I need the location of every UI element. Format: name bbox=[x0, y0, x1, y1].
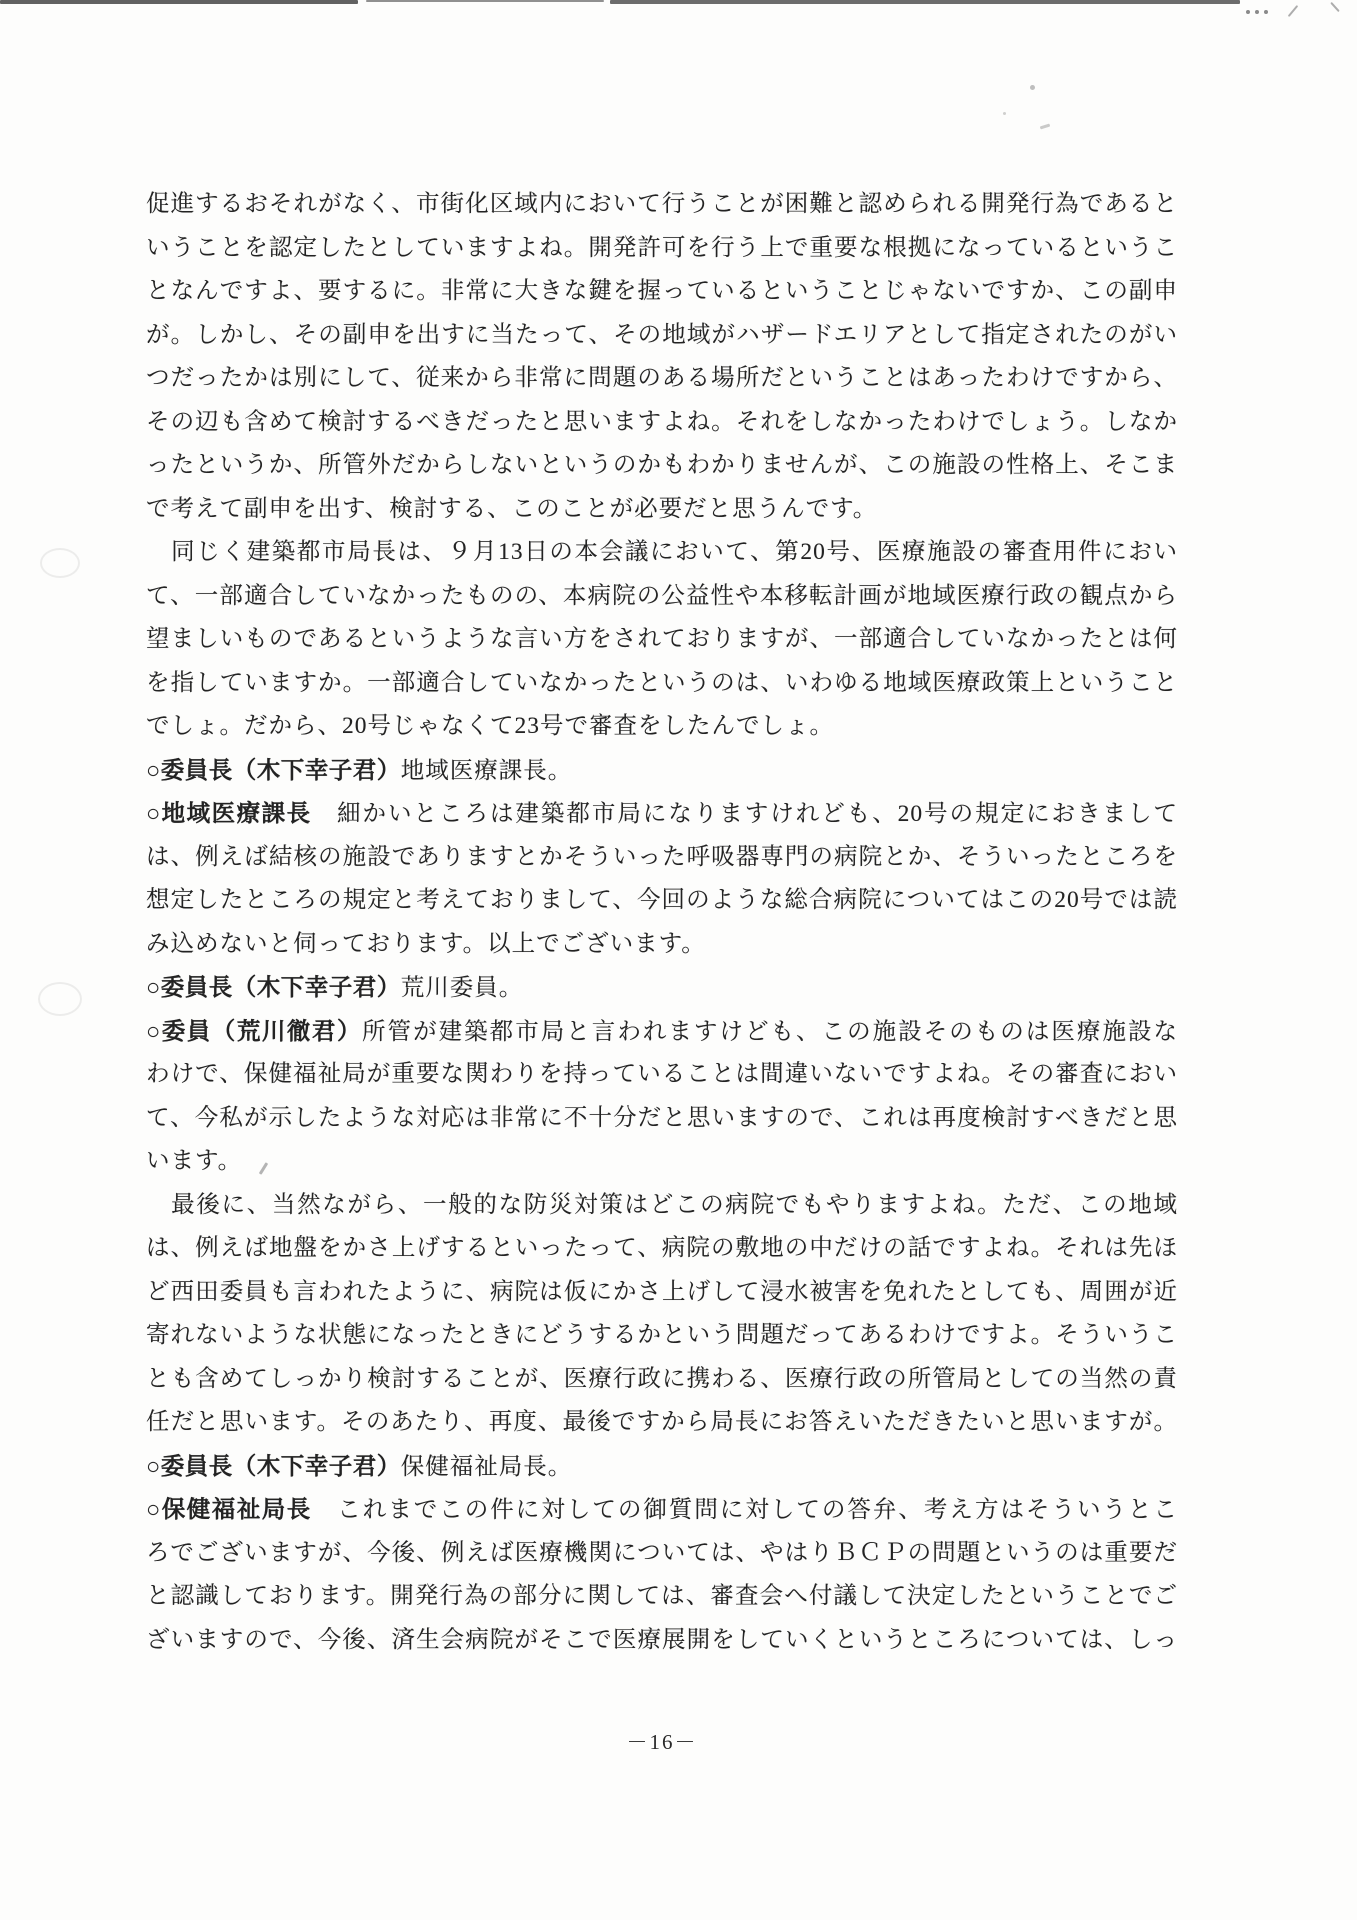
text-line-10: て、一部適合していなかったものの、本病院の公益性や本移転計画が地域医療行政の観点… bbox=[146, 575, 1178, 619]
text-line-31: ○保健福祉局長 これまでこの件に対しての御質問に対しての答弁、考え方はそういうと… bbox=[146, 1488, 1178, 1532]
speech-text: 所管が建築都市局と言われますけども、この施設そのものは医療施設な bbox=[362, 1019, 1178, 1045]
scan-artifact-topline bbox=[366, 0, 604, 2]
speech-text: となんですよ、要するに。非常に大きな鍵を握っているということじゃないですか、この… bbox=[146, 278, 1178, 304]
text-line-33: と認識しております。開発行為の部分に関しては、審査会へ付議して決定したということ… bbox=[146, 1575, 1178, 1619]
document-text-block: 促進するおそれがなく、市街化区域内において行うことが困難と認められる開発行為であ… bbox=[146, 183, 1178, 1662]
speaker-name: ○地域医療課長 bbox=[146, 800, 312, 826]
scan-artifact-speck bbox=[1003, 112, 1006, 115]
speech-text: います。 bbox=[146, 1148, 242, 1174]
text-line-8: で考えて副申を出す、検討する、このことが必要だと思うんです。 bbox=[146, 488, 1178, 532]
speaker-name: ○保健福祉局長 bbox=[146, 1496, 312, 1522]
scan-artifact-dot bbox=[1255, 10, 1259, 14]
scan-artifact-topline bbox=[0, 0, 358, 4]
text-line-7: ったというか、所管外だからしないというのかもわかりませんが、この施設の性格上、そ… bbox=[146, 444, 1178, 488]
speech-text: は、例えば結核の施設でありますとかそういった呼吸器専門の病院とか、そういったとこ… bbox=[146, 844, 1178, 870]
speech-text: を指していますか。一部適合していなかったというのは、いわゆる地域医療政策上という… bbox=[146, 670, 1178, 696]
text-line-25: は、例えば地盤をかさ上げするといったって、病院の敷地の中だけの話ですよね。それは… bbox=[146, 1227, 1178, 1271]
speech-text: つだったかは別にして、従来から非常に問題のある場所だということはあったわけですか… bbox=[146, 365, 1178, 391]
scan-artifact-topline bbox=[610, 0, 1240, 4]
text-line-17: 想定したところの規定と考えておりまして、今回のような総合病院についてはこの20号… bbox=[146, 879, 1178, 923]
speech-text: 保健福祉局長。 bbox=[401, 1454, 573, 1480]
text-line-27: 寄れないような状態になったときにどうするかという問題だってあるわけですよ。そうい… bbox=[146, 1314, 1178, 1358]
text-line-21: わけで、保健福祉局が重要な関わりを持っていることは間違いないですよね。その審査に… bbox=[146, 1053, 1178, 1097]
speech-text: 想定したところの規定と考えておりまして、今回のような総合病院についてはこの20号… bbox=[146, 887, 1178, 913]
text-line-4: が。しかし、その副申を出すに当たって、その地域がハザードエリアとして指定されたの… bbox=[146, 314, 1178, 358]
page-number: －16－ bbox=[146, 1726, 1178, 1756]
text-line-26: ど西田委員も言われたように、病院は仮にかさ上げして浸水被害を免れたとしても、周囲… bbox=[146, 1271, 1178, 1315]
scan-artifact-speck bbox=[1040, 124, 1050, 130]
text-line-5: つだったかは別にして、従来から非常に問題のある場所だということはあったわけですか… bbox=[146, 357, 1178, 401]
speaker-name: ○委員（荒川徹君） bbox=[146, 1018, 362, 1044]
speech-text: が。しかし、その副申を出すに当たって、その地域がハザードエリアとして指定されたの… bbox=[146, 322, 1178, 348]
text-line-22: て、今私が示したような対応は非常に不十分だと思いますので、これは再度検討すべきだ… bbox=[146, 1097, 1178, 1141]
speech-text: その辺も含めて検討するべきだったと思いますよね。それをしなかったわけでしょう。し… bbox=[146, 409, 1178, 435]
text-line-29: 任だと思います。そのあたり、再度、最後ですから局長にお答えいただきたいと思います… bbox=[146, 1401, 1178, 1445]
speech-text: は、例えば地盤をかさ上げするといったって、病院の敷地の中だけの話ですよね。それは… bbox=[146, 1235, 1178, 1261]
speech-text: 寄れないような状態になったときにどうするかという問題だってあるわけですよ。そうい… bbox=[146, 1322, 1178, 1348]
text-line-11: 望ましいものであるというような言い方をされておりますが、一部適合していなかったと… bbox=[146, 618, 1178, 662]
speech-text: とも含めてしっかり検討することが、医療行政に携わる、医療行政の所管局としての当然… bbox=[146, 1366, 1178, 1392]
speech-text: て、今私が示したような対応は非常に不十分だと思いますので、これは再度検討すべきだ… bbox=[146, 1105, 1178, 1131]
text-line-13: でしょ。だから、20号じゃなくて23号で審査をしたんでしょ。 bbox=[146, 705, 1178, 749]
speech-text: 地域医療課長。 bbox=[401, 758, 573, 784]
speech-text: 同じく建築都市局長は、９月13日の本会議において、第20号、医療施設の審査用件に… bbox=[146, 539, 1178, 565]
speech-text: で考えて副申を出す、検討する、このことが必要だと思うんです。 bbox=[146, 496, 877, 522]
text-line-19: ○委員長（木下幸子君）荒川委員。 bbox=[146, 966, 1178, 1010]
speech-text: ろでございますが、今後、例えば医療機関については、やはりＢＣＰの問題というのは重… bbox=[146, 1540, 1178, 1566]
speech-text: み込めないと伺っております。以上でございます。 bbox=[146, 931, 706, 957]
text-line-34: ざいますので、今後、済生会病院がそこで医療展開をしていくというところについては、… bbox=[146, 1619, 1178, 1663]
text-line-15: ○地域医療課長 細かいところは建築都市局になりますけれども、20号の規定におきま… bbox=[146, 792, 1178, 836]
text-line-24: 最後に、当然ながら、一般的な防災対策はどこの病院でもやりますよね。ただ、この地域 bbox=[146, 1184, 1178, 1228]
scan-artifact-dot bbox=[1246, 10, 1250, 14]
speaker-name: ○委員長（木下幸子君） bbox=[146, 1453, 401, 1479]
text-line-12: を指していますか。一部適合していなかったというのは、いわゆる地域医療政策上という… bbox=[146, 662, 1178, 706]
speech-text: ったというか、所管外だからしないというのかもわかりませんが、この施設の性格上、そ… bbox=[146, 452, 1178, 478]
scan-artifact-oval bbox=[40, 548, 80, 578]
text-line-16: は、例えば結核の施設でありますとかそういった呼吸器専門の病院とか、そういったとこ… bbox=[146, 836, 1178, 880]
text-line-6: その辺も含めて検討するべきだったと思いますよね。それをしなかったわけでしょう。し… bbox=[146, 401, 1178, 445]
text-line-32: ろでございますが、今後、例えば医療機関については、やはりＢＣＰの問題というのは重… bbox=[146, 1532, 1178, 1576]
speech-text: でしょ。だから、20号じゃなくて23号で審査をしたんでしょ。 bbox=[146, 713, 834, 739]
scan-artifact-oval bbox=[38, 982, 82, 1016]
text-line-28: とも含めてしっかり検討することが、医療行政に携わる、医療行政の所管局としての当然… bbox=[146, 1358, 1178, 1402]
text-line-1: 促進するおそれがなく、市街化区域内において行うことが困難と認められる開発行為であ… bbox=[146, 183, 1178, 227]
text-line-20: ○委員（荒川徹君）所管が建築都市局と言われますけども、この施設そのものは医療施設… bbox=[146, 1010, 1178, 1054]
text-line-30: ○委員長（木下幸子君）保健福祉局長。 bbox=[146, 1445, 1178, 1489]
speaker-name: ○委員長（木下幸子君） bbox=[146, 974, 401, 1000]
text-line-14: ○委員長（木下幸子君）地域医療課長。 bbox=[146, 749, 1178, 793]
text-line-23: います。 bbox=[146, 1140, 1178, 1184]
speech-text: 細かいところは建築都市局になりますけれども、20号の規定におきまして bbox=[312, 801, 1178, 827]
scan-artifact-speck bbox=[1030, 85, 1035, 90]
text-line-2: いうことを認定したとしていますよね。開発許可を行う上で重要な根拠になっているとい… bbox=[146, 227, 1178, 271]
speech-text: ざいますので、今後、済生会病院がそこで医療展開をしていくというところについては、… bbox=[146, 1627, 1178, 1653]
speech-text: 最後に、当然ながら、一般的な防災対策はどこの病院でもやりますよね。ただ、この地域 bbox=[146, 1192, 1178, 1218]
scanned-document-page: 促進するおそれがなく、市街化区域内において行うことが困難と認められる開発行為であ… bbox=[0, 0, 1357, 1920]
speech-text: これまでこの件に対しての御質問に対しての答弁、考え方はそういうとこ bbox=[312, 1497, 1178, 1523]
text-line-3: となんですよ、要するに。非常に大きな鍵を握っているということじゃないですか、この… bbox=[146, 270, 1178, 314]
scan-artifact-stroke bbox=[1288, 5, 1299, 17]
scan-artifact-dot bbox=[1264, 10, 1268, 14]
speech-text: いうことを認定したとしていますよね。開発許可を行う上で重要な根拠になっているとい… bbox=[146, 235, 1178, 261]
text-line-18: み込めないと伺っております。以上でございます。 bbox=[146, 923, 1178, 967]
speech-text: 望ましいものであるというような言い方をされておりますが、一部適合していなかったと… bbox=[146, 626, 1178, 652]
scan-artifact-stroke bbox=[1330, 2, 1340, 12]
speech-text: て、一部適合していなかったものの、本病院の公益性や本移転計画が地域医療行政の観点… bbox=[146, 583, 1178, 609]
text-line-9: 同じく建築都市局長は、９月13日の本会議において、第20号、医療施設の審査用件に… bbox=[146, 531, 1178, 575]
speech-text: と認識しております。開発行為の部分に関しては、審査会へ付議して決定したということ… bbox=[146, 1583, 1178, 1609]
speech-text: 促進するおそれがなく、市街化区域内において行うことが困難と認められる開発行為であ… bbox=[146, 191, 1178, 217]
speech-text: 任だと思います。そのあたり、再度、最後ですから局長にお答えいただきたいと思います… bbox=[146, 1409, 1178, 1435]
speaker-name: ○委員長（木下幸子君） bbox=[146, 757, 401, 783]
speech-text: わけで、保健福祉局が重要な関わりを持っていることは間違いないですよね。その審査に… bbox=[146, 1061, 1178, 1087]
speech-text: ど西田委員も言われたように、病院は仮にかさ上げして浸水被害を免れたとしても、周囲… bbox=[146, 1279, 1178, 1305]
speech-text: 荒川委員。 bbox=[401, 975, 524, 1001]
